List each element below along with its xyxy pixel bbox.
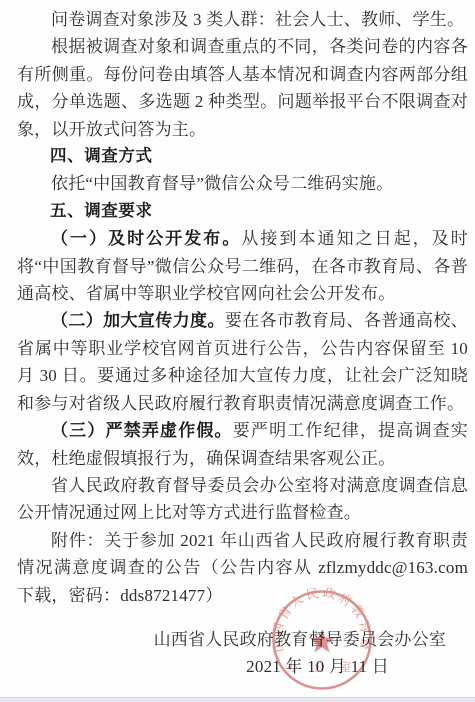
scanned-notice-page: 问卷调查对象涉及 3 类人群：社会人士、教师、学生。 根据被调查对象和调查重点的…	[0, 0, 475, 702]
paragraph-questionnaire-structure: 根据被调查对象和调查重点的不同，各类问卷的内容各有所侧重。每份问卷由填答人基本情…	[17, 33, 468, 143]
paragraph-requirement-3: （三）严禁弄虚作假。要严明工作纪律，提高调查实效，杜绝虚假填报行为，确保调查结果…	[17, 417, 468, 472]
requirement-1-title: （一）及时公开发布。	[51, 229, 241, 248]
paragraph-attachment: 附件：关于参加 2021 年山西省人民政府履行教育职责情况满意度调查的公告（公告…	[17, 527, 468, 609]
footer-strip	[0, 697, 475, 702]
signature-block: 山西省人民政府教育督导委员会办公室 2021 年 10 月 11 日	[17, 626, 468, 681]
signature-date: 2021 年 10 月 11 日	[17, 653, 468, 680]
requirement-2-title: （二）加大宣传力度。	[51, 311, 225, 330]
paragraph-requirement-2: （二）加大宣传力度。要在各市教育局、各普通高校、省属中等职业学校官网首页进行公告…	[17, 307, 468, 417]
document-body: 问卷调查对象涉及 3 类人群：社会人士、教师、学生。 根据被调查对象和调查重点的…	[17, 6, 468, 681]
paragraph-requirement-1: （一）及时公开发布。从接到本通知之日起，及时将“中国教育督导”微信公众号二维码，…	[17, 225, 468, 307]
paragraph-survey-method: 依托“中国教育督导”微信公众号二维码实施。	[17, 170, 468, 197]
signature-issuer: 山西省人民政府教育督导委员会办公室	[17, 626, 468, 653]
paragraph-supervision: 省人民政府教育督导委员会办公室将对满意度调查信息公开情况通过网上比对等方式进行监…	[17, 472, 468, 527]
section-heading-survey-requirements: 五、调查要求	[17, 198, 468, 225]
section-heading-survey-method: 四、调查方式	[17, 143, 468, 170]
paragraph-survey-targets: 问卷调查对象涉及 3 类人群：社会人士、教师、学生。	[17, 6, 468, 33]
requirement-3-title: （三）严禁弄虚作假。	[51, 421, 233, 440]
